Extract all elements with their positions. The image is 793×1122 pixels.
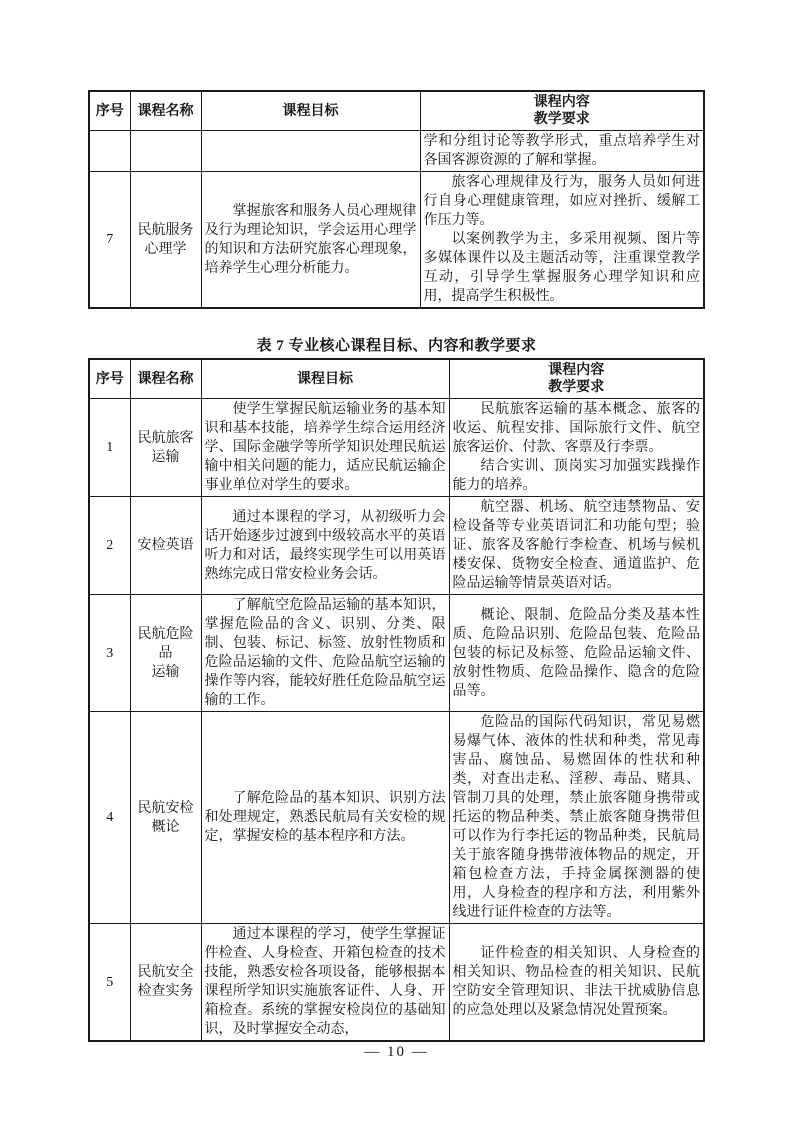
course-name-line2: 心理学 <box>134 240 198 259</box>
course-name-line1: 民航旅客 <box>134 429 198 448</box>
document-page: 序号 课程名称 课程目标 课程内容 教学要求 学和分组讨论等教学形式，重点培养学… <box>0 0 793 1122</box>
cell-content: 民航旅客运输的基本概念、旅客的收运、航程安排、国际旅行文件、航空旅客运价、付款、… <box>449 399 704 497</box>
cell-goal: 掌握旅客和服务人员心理规律及行为理论知识，学会运用心理学的知识和方法研究旅客心理… <box>201 172 420 309</box>
cell-no: 7 <box>89 172 130 309</box>
course-name-line2: 运输 <box>134 448 198 467</box>
cell-goal: 通过本课程的学习，使学生掌握证件检查、人身检查、开箱包检查的技术技能，熟悉安检各… <box>201 924 449 1042</box>
goal-paragraph: 掌握旅客和服务人员心理规律及行为理论知识，学会运用心理学的知识和方法研究旅客心理… <box>205 202 417 278</box>
table-row-2: 2 安检英语 通过本课程的学习，从初级听力会话开始逐步过渡到中级较高水平的英语听… <box>89 497 704 595</box>
cell-course-name: 安检英语 <box>130 497 201 595</box>
course-name-line1: 民航服务 <box>134 221 198 240</box>
goal-paragraph: 使学生掌握民航运输业务的基本知识和基本技能，培养学生综合运用经济学、国际金融学等… <box>205 400 446 495</box>
cell-course-name: 民航安检 概论 <box>130 712 201 924</box>
content-paragraph-1: 旅客心理规律及行为，服务人员如何进行自身心理健康管理，如应对挫折、缓解工作压力等… <box>424 173 701 230</box>
cell-content: 危险品的国际代码知识，常见易燃易爆气体、液体的性状和种类，常见毒害品、腐蚀品、易… <box>449 712 704 924</box>
content-paragraph-1: 概论、限制、危险品分类及基本性质、危险品识别、危险品包装、危险品包装的标记及标签… <box>453 606 701 701</box>
header-col-no: 序号 <box>89 359 130 399</box>
table-row-7: 7 民航服务 心理学 掌握旅客和服务人员心理规律及行为理论知识，学会运用心理学的… <box>89 172 704 309</box>
goal-paragraph: 了解航空危险品运输的基本知识，掌握危险品的含义、识别、分类、限制、包装、标记、标… <box>205 596 446 710</box>
cell-no: 4 <box>89 712 130 924</box>
cell-no: 1 <box>89 399 130 497</box>
header-col-content: 课程内容 教学要求 <box>449 359 704 399</box>
cell-no: 3 <box>89 595 130 712</box>
cell-course-name: 民航旅客 运输 <box>130 399 201 497</box>
cell-goal: 通过本课程的学习，从初级听力会话开始逐步过渡到中级较高水平的英语听力和对话，最终… <box>201 497 449 595</box>
header-content-line2: 教学要求 <box>451 379 703 396</box>
cell-content: 学和分组讨论等教学形式，重点培养学生对各国客源资源的了解和掌握。 <box>420 131 704 172</box>
header-col-name: 课程名称 <box>130 91 201 131</box>
header-col-goal: 课程目标 <box>201 91 420 131</box>
course-name-line2: 检查实务 <box>134 982 198 1001</box>
course-table-continued: 序号 课程名称 课程目标 课程内容 教学要求 学和分组讨论等教学形式，重点培养学… <box>88 90 705 309</box>
cell-course-name: 民航服务 心理学 <box>130 172 201 309</box>
cell-content: 概论、限制、危险品分类及基本性质、危险品识别、危险品包装、危险品包装的标记及标签… <box>449 595 704 712</box>
cell-content: 航空器、机场、航空违禁物品、安检设备等专业英语词汇和功能句型；验证、旅客及客舱行… <box>449 497 704 595</box>
header-content-line1: 课程内容 <box>451 362 703 379</box>
header-col-goal: 课程目标 <box>201 359 449 399</box>
header-col-no: 序号 <box>89 91 130 131</box>
cell-no: 5 <box>89 924 130 1042</box>
table-header-row: 序号 课程名称 课程目标 课程内容 教学要求 <box>89 359 704 399</box>
content-paragraph-1: 危险品的国际代码知识，常见易燃易爆气体、液体的性状和种类，常见毒害品、腐蚀品、易… <box>453 713 701 922</box>
cell-no-empty <box>89 131 130 172</box>
goal-paragraph: 了解危险品的基本知识、识别方法和处理规定，熟悉民航局有关安检的规定，掌握安检的基… <box>205 789 446 846</box>
table-row-4: 4 民航安检 概论 了解危险品的基本知识、识别方法和处理规定，熟悉民航局有关安检… <box>89 712 704 924</box>
content-paragraph-2: 以案例教学为主，多采用视频、图片等多媒体课件以及主题活动等，注重课堂教学互动，引… <box>424 230 701 306</box>
cell-course-name: 民航危险品 运输 <box>130 595 201 712</box>
course-name-line1: 民航危险品 <box>134 625 198 663</box>
cell-goal-empty <box>201 131 420 172</box>
content-paragraph-1: 证件检查的相关知识、人身检查的相关知识、物品检查的相关知识、民航空防安全管理知识… <box>453 944 701 1020</box>
course-name-line1: 民航安全 <box>134 963 198 982</box>
header-col-name: 课程名称 <box>130 359 201 399</box>
course-name-line2: 概论 <box>134 818 198 837</box>
course-name-line1: 安检英语 <box>134 536 198 555</box>
course-name-line1: 民航安检 <box>134 799 198 818</box>
course-name-line2: 运输 <box>134 663 198 682</box>
content-paragraph-1: 航空器、机场、航空违禁物品、安检设备等专业英语词汇和功能句型；验证、旅客及客舱行… <box>453 498 701 593</box>
content-paragraph-1: 民航旅客运输的基本概念、旅客的收运、航程安排、国际旅行文件、航空旅客运价、付款、… <box>453 400 701 457</box>
table-row-3: 3 民航危险品 运输 了解航空危险品运输的基本知识，掌握危险品的含义、识别、分类… <box>89 595 704 712</box>
page-number: — 10 — <box>0 1044 793 1061</box>
content-paragraph: 学和分组讨论等教学形式，重点培养学生对各国客源资源的了解和掌握。 <box>424 132 701 170</box>
table-row-carryover: 学和分组讨论等教学形式，重点培养学生对各国客源资源的了解和掌握。 <box>89 131 704 172</box>
cell-goal: 了解航空危险品运输的基本知识，掌握危险品的含义、识别、分类、限制、包装、标记、标… <box>201 595 449 712</box>
cell-content: 证件检查的相关知识、人身检查的相关知识、物品检查的相关知识、民航空防安全管理知识… <box>449 924 704 1042</box>
core-course-table: 序号 课程名称 课程目标 课程内容 教学要求 1 民航旅客 运输 使学生掌握民航… <box>88 358 705 1042</box>
cell-goal: 了解危险品的基本知识、识别方法和处理规定，熟悉民航局有关安检的规定，掌握安检的基… <box>201 712 449 924</box>
header-content-line1: 课程内容 <box>422 94 703 111</box>
cell-content: 旅客心理规律及行为，服务人员如何进行自身心理健康管理，如应对挫折、缓解工作压力等… <box>420 172 704 309</box>
goal-paragraph: 通过本课程的学习，使学生掌握证件检查、人身检查、开箱包检查的技术技能，熟悉安检各… <box>205 925 446 1039</box>
header-content-line2: 教学要求 <box>422 111 703 128</box>
table-row-5: 5 民航安全 检查实务 通过本课程的学习，使学生掌握证件检查、人身检查、开箱包检… <box>89 924 704 1042</box>
cell-no: 2 <box>89 497 130 595</box>
table-row-1: 1 民航旅客 运输 使学生掌握民航运输业务的基本知识和基本技能，培养学生综合运用… <box>89 399 704 497</box>
content-paragraph-2: 结合实训、顶岗实习加强实践操作能力的培养。 <box>453 457 701 495</box>
header-col-content: 课程内容 教学要求 <box>420 91 704 131</box>
cell-goal: 使学生掌握民航运输业务的基本知识和基本技能，培养学生综合运用经济学、国际金融学等… <box>201 399 449 497</box>
table7-title: 表 7 专业核心课程目标、内容和教学要求 <box>0 334 793 355</box>
goal-paragraph: 通过本课程的学习，从初级听力会话开始逐步过渡到中级较高水平的英语听力和对话，最终… <box>205 508 446 584</box>
cell-name-empty <box>130 131 201 172</box>
table-header-row: 序号 课程名称 课程目标 课程内容 教学要求 <box>89 91 704 131</box>
cell-course-name: 民航安全 检查实务 <box>130 924 201 1042</box>
